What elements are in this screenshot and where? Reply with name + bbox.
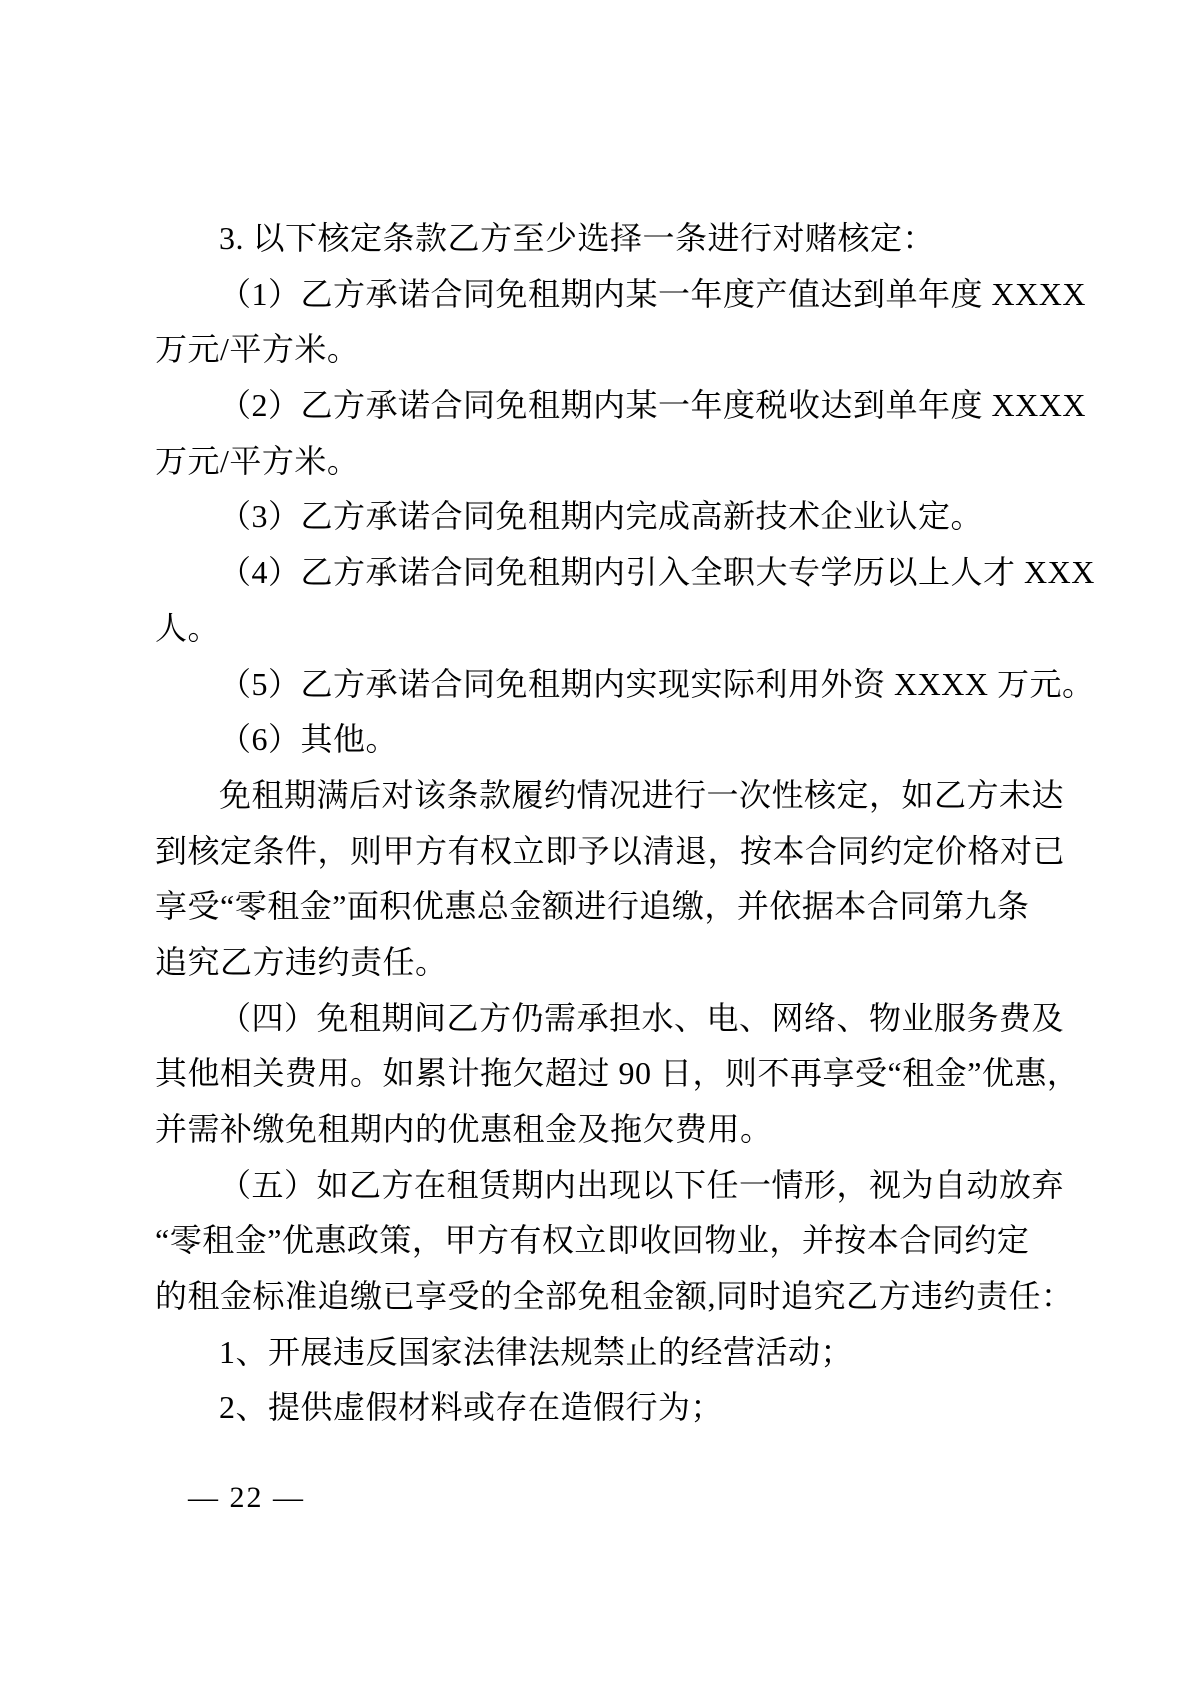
text-line: （1）乙方承诺合同免租期内某一年度产值达到单年度 XXXX — [155, 267, 1047, 323]
text-line: （5）乙方承诺合同免租期内实现实际利用外资 XXXX 万元。 — [155, 657, 1047, 713]
text-line: （3）乙方承诺合同免租期内完成高新技术企业认定。 — [155, 489, 1047, 545]
text-line: 3. 以下核定条款乙方至少选择一条进行对赌核定： — [155, 211, 1047, 267]
text-line: 的租金标准追缴已享受的全部免租金额,同时追究乙方违约责任： — [155, 1269, 1047, 1325]
text-line: 追究乙方违约责任。 — [155, 935, 1047, 991]
text-line: 人。 — [155, 601, 1047, 657]
text-line: 2、提供虚假材料或存在造假行为； — [155, 1380, 1047, 1436]
text-line: 并需补缴免租期内的优惠租金及拖欠费用。 — [155, 1102, 1047, 1158]
text-block: 3. 以下核定条款乙方至少选择一条进行对赌核定： （1）乙方承诺合同免租期内某一… — [155, 211, 1047, 1436]
document-page: 3. 以下核定条款乙方至少选择一条进行对赌核定： （1）乙方承诺合同免租期内某一… — [0, 0, 1191, 1684]
text-line: （4）乙方承诺合同免租期内引入全职大专学历以上人才 XXX — [155, 545, 1047, 601]
text-line: 其他相关费用。如累计拖欠超过 90 日，则不再享受“租金”优惠， — [155, 1046, 1047, 1102]
text-line: （6）其他。 — [155, 712, 1047, 768]
page-number: — 22 — — [188, 1481, 305, 1515]
text-line: 万元/平方米。 — [155, 322, 1047, 378]
text-line: （2）乙方承诺合同免租期内某一年度税收达到单年度 XXXX — [155, 378, 1047, 434]
text-line: 到核定条件，则甲方有权立即予以清退，按本合同约定价格对已 — [155, 824, 1047, 880]
text-line: 1、开展违反国家法律法规禁止的经营活动； — [155, 1325, 1047, 1381]
text-line: （五）如乙方在租赁期内出现以下任一情形，视为自动放弃 — [155, 1158, 1047, 1214]
text-line: （四）免租期间乙方仍需承担水、电、网络、物业服务费及 — [155, 991, 1047, 1047]
text-line: 享受“零租金”面积优惠总金额进行追缴，并依据本合同第九条 — [155, 879, 1047, 935]
text-line: 万元/平方米。 — [155, 434, 1047, 490]
text-line: 免租期满后对该条款履约情况进行一次性核定，如乙方未达 — [155, 768, 1047, 824]
text-line: “零租金”优惠政策，甲方有权立即收回物业，并按本合同约定 — [155, 1213, 1047, 1269]
